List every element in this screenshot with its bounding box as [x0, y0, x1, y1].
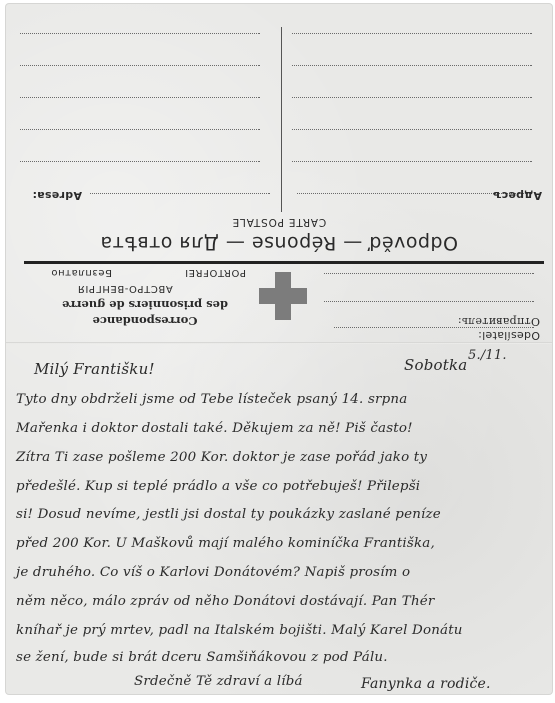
- address-label-czech: Adresa:: [32, 189, 82, 202]
- signature: Fanynka a rodiče.: [361, 676, 491, 692]
- correspondence-subtitle: des prisonniers de guerre: [20, 298, 270, 312]
- message-line: se žení, bude si brát dceru Samšiňákovou…: [16, 650, 388, 665]
- sender-label-russian: Отправитель:: [458, 315, 540, 328]
- address-column-russian: [282, 4, 542, 342]
- reply-card-printed-side: Adresa: Адресъ CARTE POSTALE Odpověď — R…: [6, 4, 552, 342]
- sender-label-czech: Odesílatel:: [478, 329, 540, 342]
- sender-line: [324, 301, 534, 302]
- reply-title: Odpověď — Réponse — Для отвѣта: [6, 232, 552, 254]
- address-line: [20, 97, 260, 98]
- place-name: Sobotka: [404, 356, 467, 374]
- title-rule: [24, 261, 544, 264]
- address-line: [20, 65, 260, 66]
- message-line: Tyto dny obdrželi jsme od Tebe lísteček …: [16, 392, 407, 407]
- address-line: [90, 193, 270, 194]
- message-line: předešlé. Kup si teplé prádlo a vše co p…: [16, 479, 420, 494]
- date: 5./11.: [468, 348, 507, 363]
- correspondence-title: Correspondance: [20, 314, 270, 328]
- handwritten-message: Milý Františku! Sobotka 5./11. Tyto dny …: [6, 344, 552, 694]
- address-label-russian: Адресъ: [493, 189, 542, 202]
- address-line: [20, 161, 260, 162]
- message-line: Zítra Ti zase pošleme 200 Kor. doktor je…: [16, 450, 427, 465]
- red-cross-icon: [259, 272, 307, 320]
- address-line: [20, 129, 260, 130]
- address-line: [292, 65, 532, 66]
- address-line: [20, 33, 260, 34]
- portofrei-label: PORTOFREI: [185, 267, 246, 278]
- address-line: [292, 129, 532, 130]
- sender-line: [324, 273, 534, 274]
- message-line: před 200 Kor. U Maškovů mají malého komi…: [16, 536, 435, 551]
- message-line: něm něco, málo zpráv od něho Donátovi do…: [16, 594, 435, 609]
- message-line: je druhého. Co víš o Karlovi Donátovém? …: [16, 565, 410, 580]
- message-line: kníhař je prý mrtev, padl na Italském bo…: [16, 623, 463, 638]
- address-line: [292, 161, 532, 162]
- free-of-charge-label: Безплатно: [51, 267, 112, 278]
- address-divider: [281, 27, 282, 212]
- carte-postale-label: CARTE POSTALE: [6, 216, 552, 228]
- address-line: [292, 33, 532, 34]
- message-line: Mařenka i doktor dostali také. Děkujem z…: [16, 421, 413, 436]
- closing-line: Srdečně Tě zdraví a líbá: [134, 674, 303, 689]
- message-line: si! Dosud nevíme, jestli jsi dostal ty p…: [16, 507, 441, 522]
- greeting: Milý Františku!: [34, 360, 155, 378]
- austria-hungary-label: АВСТРО-ВЕНГРІЯ: [50, 283, 200, 294]
- address-line: [292, 97, 532, 98]
